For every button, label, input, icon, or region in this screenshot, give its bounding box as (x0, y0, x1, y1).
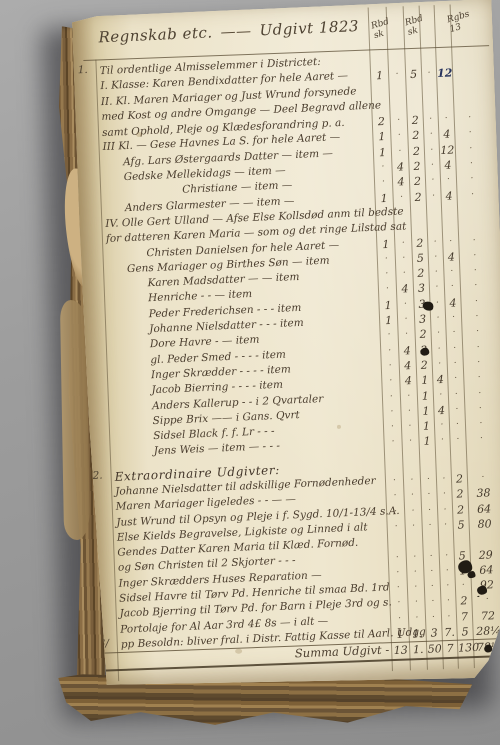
page-title-dash: —— (212, 21, 260, 41)
ledger-cell: 4 (400, 373, 417, 389)
ledger-cell: · (447, 341, 463, 357)
ledger-cell: · (409, 611, 426, 627)
ledger-cell: · (435, 418, 450, 434)
ledger-cell: 2 (417, 357, 433, 373)
ledger-cell: · (441, 579, 456, 595)
ink-blot (458, 560, 472, 574)
ledger-cell: · (390, 581, 408, 597)
ledger-cell: · (424, 128, 439, 144)
ledger-cell: 4 (399, 343, 416, 359)
ledger-cell: · (461, 279, 492, 295)
ledger-cell: · (395, 236, 412, 252)
ledger-cell: · (421, 472, 437, 488)
ledger-cell: · (455, 111, 486, 127)
ledger-cell: 2 (409, 143, 425, 159)
ledger-cell: · (384, 420, 402, 436)
ledger-cell: · (441, 594, 456, 610)
ledger-cell: 4 (434, 403, 449, 419)
row-margin-number: 1. (78, 64, 94, 77)
ledger-cell: 1 (380, 313, 398, 329)
ledger-cell: · (424, 564, 440, 580)
ledger-cell: · (405, 504, 422, 520)
ledger-cell: · (398, 327, 415, 343)
ledger-cell: · (432, 342, 447, 358)
ledger-cell: · (460, 263, 491, 279)
ink-blot (477, 586, 487, 595)
ledger-cell: · (425, 595, 441, 611)
ledger-cell: · (465, 401, 496, 417)
ledger-cell: · (378, 267, 396, 283)
ledger-cell: · (383, 404, 401, 420)
ledger-cell: · (425, 579, 441, 595)
ledger-cell: 80 (469, 516, 500, 532)
ledger-cell: 2 (452, 471, 468, 487)
ledger-cell: 5 (406, 67, 422, 83)
ledger-cell: 1 (375, 190, 393, 206)
ledger-cell: 130 (458, 640, 474, 656)
ledger-cell: · (428, 235, 443, 251)
column-headers: Rbd sk Rbd sk Rgbs 13 (372, 7, 493, 49)
ledger-cell: 4 (433, 372, 448, 388)
ledger-cell: 2 (408, 128, 424, 144)
ledger-cell: · (408, 580, 425, 596)
column-header-2: Rbd sk (404, 14, 427, 38)
ledger-cell: 5 (413, 250, 429, 266)
ledger-cell: · (426, 173, 441, 189)
ledger-cell: · (391, 611, 409, 627)
ledger-cell: · (450, 433, 466, 449)
ledger-cell: · (465, 386, 496, 402)
ledger-cell: · (442, 609, 457, 625)
ledger-cell: 12 (437, 66, 453, 82)
ledger-cell: · (425, 158, 440, 174)
ledger-cell: · (424, 112, 439, 128)
ledger-cell: 28¼ (473, 623, 500, 639)
page-title: Regnskab etc.——Udgivt 1823 (98, 16, 373, 46)
ledger-cell: 1 (418, 403, 434, 419)
ledger-cell: · (460, 248, 491, 264)
ledger-cell: · (425, 143, 440, 159)
ledger-cell: 2 (412, 235, 428, 251)
ledger-cell: · (446, 310, 462, 326)
ledger-cell: · (404, 473, 421, 489)
ledger-cell: · (422, 503, 438, 519)
photo-stage: Regnskab etc.——Udgivt 1823 Rbd sk Rbd sk… (0, 0, 500, 745)
ledger-cell: · (457, 187, 488, 203)
ledger-cell: · (431, 326, 446, 342)
ledger-cell: · (445, 280, 461, 296)
ledger-cell: 1 (374, 145, 392, 161)
ledger-cell: · (439, 112, 455, 128)
ledger-cell: · (444, 265, 460, 281)
ledger-cell: · (382, 374, 400, 390)
ledger-cell: · (456, 578, 472, 594)
ledger-cell: · (455, 126, 486, 142)
ledger-rows: 1.Til ordentlige Almisselemmer i Distric… (74, 49, 500, 672)
ledger-cell: · (440, 548, 455, 564)
ledger-cell: 2 (415, 327, 431, 343)
ledger-cell: · (387, 519, 405, 535)
ledger-cell: 3 (415, 312, 431, 328)
ledger-cell: · (422, 66, 437, 82)
ledger-cell: 4 (441, 188, 457, 204)
ledger-cell: 64 (471, 562, 500, 578)
ledger-cell: · (466, 432, 497, 448)
ledger-cell: · (397, 297, 414, 313)
ledger-cell: 64 (469, 501, 500, 517)
ledger-cell: 5 (457, 624, 473, 640)
ledger-cell: 29 (470, 547, 500, 563)
ledger-cell: 2 (373, 114, 391, 130)
ledger-cell: · (402, 419, 419, 435)
ledger-cell: · (381, 343, 399, 359)
ledger-cell: 1 (377, 236, 395, 252)
ledger-cell: · (463, 355, 494, 371)
ledger-cell: 7 (443, 641, 458, 657)
ledger-cell: 1 (373, 129, 391, 145)
ledger-page-inner: Regnskab etc.——Udgivt 1823 Rbd sk Rbd sk… (72, 0, 500, 692)
ledger-cell: 4 (439, 127, 455, 143)
ledger-cell: · (457, 172, 488, 188)
ledger-cell: · (405, 519, 422, 535)
page-title-left: Regnskab etc. (98, 23, 213, 46)
ledger-cell: 7 (457, 609, 473, 625)
ledger-cell: · (375, 175, 393, 191)
ledger-cell: · (464, 370, 495, 386)
ledger-cell: · (386, 474, 404, 490)
ledger-cell: · (462, 309, 493, 325)
ledger-cell: · (392, 144, 409, 160)
ledger-cell: · (437, 472, 452, 488)
ledger-cell: · (382, 359, 400, 375)
ledger-cell: 1. (410, 642, 427, 658)
ledger-cell: · (401, 404, 418, 420)
ledger-cell: · (447, 356, 463, 372)
ledger-cell: 13 (392, 643, 410, 659)
ledger-cell: · (401, 389, 418, 405)
ledger-cell: · (390, 596, 408, 612)
ledger-cell: · (429, 250, 444, 266)
column-header-3: Rgbs 13 (446, 9, 474, 35)
ledger-cell: · (396, 266, 413, 282)
ledger-cell: 12 (440, 142, 456, 158)
row-margin-number: 2. (92, 469, 108, 482)
ledger-cell: 1 (419, 434, 435, 450)
ledger-cell: · (438, 518, 453, 534)
ledger-cell: 1 (417, 373, 433, 389)
ledger-cell: 4 (397, 282, 414, 298)
ledger-cell: · (463, 340, 494, 356)
ledger-cell: · (441, 173, 457, 189)
ledger-cell: 1 (379, 297, 397, 313)
ledger-cell: · (383, 389, 401, 405)
ledger-cell: 4 (440, 158, 456, 174)
ledger-cell: · (440, 564, 455, 580)
ledger-cell: · (437, 487, 452, 503)
ledger-cell: 50 (427, 642, 443, 658)
ledger-cell: · (396, 251, 413, 267)
ledger-cell: 4 (393, 175, 410, 191)
ledger-cell: · (462, 325, 493, 341)
ledger-cell: · (432, 357, 447, 373)
ledger-cell: · (468, 470, 499, 486)
ledger-cell: 4 (444, 249, 460, 265)
ledger-cell: · (438, 502, 453, 518)
ledger-cell: · (446, 326, 462, 342)
ledger-cell: · (408, 595, 425, 611)
ledger-cell: 2 (410, 174, 426, 190)
ledger-cell: · (391, 113, 408, 129)
ledger-cell: 4 (445, 295, 461, 311)
ledger-cell: 1 (419, 419, 435, 435)
ledger-cell: · (448, 372, 464, 388)
ledger-cell: 4 (400, 358, 417, 374)
ledger-cell: · (449, 387, 465, 403)
ledger-cell: · (450, 417, 466, 433)
ledger-cell: 38 (468, 485, 499, 501)
ledger-cell: 3 (426, 625, 442, 641)
ledger-cell: · (422, 518, 438, 534)
ledger-cell: · (443, 234, 459, 250)
ledger-cell: 1 (371, 68, 389, 84)
ink-blot (484, 644, 492, 652)
ledger-cell: · (402, 434, 419, 450)
ledger-cell: · (421, 488, 437, 504)
column-header-1: Rbd sk (370, 17, 393, 41)
ledger-cell: · (449, 402, 465, 418)
ledger-cell: · (393, 190, 410, 206)
ledger-cell: 2 (452, 487, 468, 503)
ledger-cell: · (426, 189, 441, 205)
ledger-cell: · (398, 312, 415, 328)
ledger-cell: · (430, 280, 445, 296)
ledger-cell: · (434, 387, 449, 403)
ledger-cell: · (472, 592, 500, 608)
ledger-cell: · (389, 565, 407, 581)
ledger-cell: 2 (413, 266, 429, 282)
ledger-cell: 2 (409, 159, 425, 175)
ledger-cell: · (456, 156, 487, 172)
ledger-cell: · (407, 549, 424, 565)
ledger-cell: · (374, 160, 392, 176)
ledger-cell: · (386, 489, 404, 505)
ledger-cell: 2 (456, 594, 472, 610)
ledger-cell: · (429, 265, 444, 281)
ledger-cell: · (424, 549, 440, 565)
ledger-cell: 2 (410, 189, 426, 205)
ledger-cell: 7. (442, 625, 457, 641)
ledger-cell: · (380, 328, 398, 344)
ledger-cell: · (389, 550, 407, 566)
ledger-cell: · (391, 129, 408, 145)
ledger-cell: · (379, 282, 397, 298)
ink-blot (420, 348, 429, 356)
ledger-cell: 2 (408, 113, 424, 129)
ledger-cell: · (431, 311, 446, 327)
ledger-cell: 5 (453, 517, 469, 533)
ledger-cell: · (384, 435, 402, 451)
ledger-cell: 1 (418, 388, 434, 404)
ledger-cell: 72 (473, 608, 500, 624)
ledger-cell: · (456, 141, 487, 157)
ledger-cell: · (378, 252, 396, 268)
page-title-year: Udgivt 1823 (259, 17, 359, 39)
ledger-cell: · (389, 68, 406, 84)
ledger-cell: · (459, 233, 490, 249)
ledger-cell: · (461, 294, 492, 310)
ledger-cell: 4 (392, 159, 409, 175)
ledger-cell: · (407, 565, 424, 581)
ledger-page: Regnskab etc.——Udgivt 1823 Rbd sk Rbd sk… (72, 0, 500, 692)
ledger-cell: · (435, 433, 450, 449)
ledger-cell: · (404, 488, 421, 504)
ledger-cell: · (466, 416, 497, 432)
ledger-cell: 2 (453, 502, 469, 518)
ledger-cell: 3 (414, 281, 430, 297)
ledger-cell: · (426, 610, 442, 626)
